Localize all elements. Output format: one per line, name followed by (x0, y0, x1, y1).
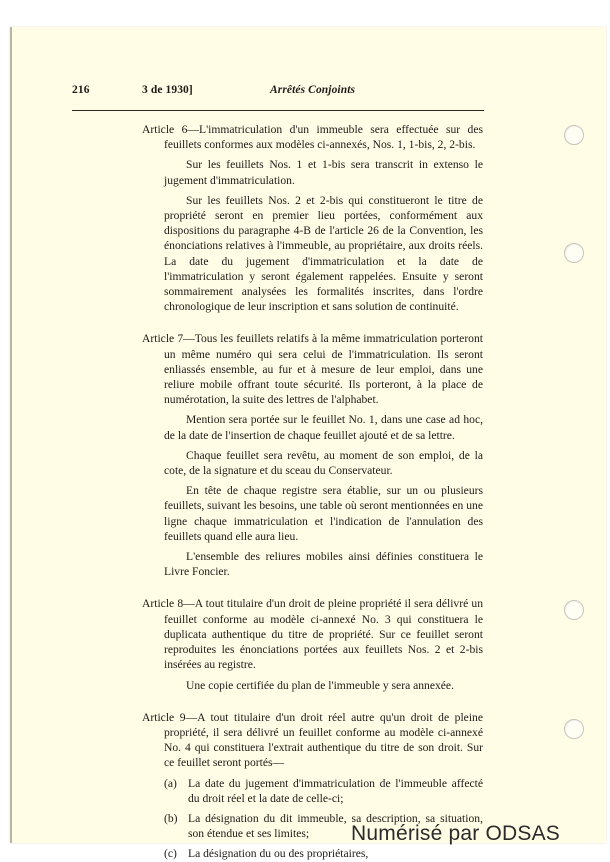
article-9-list: (a)La date du jugement d'immatriculation… (164, 776, 483, 862)
list-item: (c)La désignation du ou des propriétaire… (164, 846, 483, 861)
section-reference: 3 de 1930] (142, 84, 193, 96)
punch-hole-4 (564, 719, 584, 739)
article-7-paragraph: Mention sera portée sur le feuillet No. … (164, 412, 483, 442)
punch-hole-1 (564, 125, 584, 145)
article-8-heading: Article 8— (142, 597, 195, 610)
document-body: Article 6—L'immatriculation d'un immeubl… (142, 122, 483, 862)
list-marker: (a) (164, 776, 177, 791)
punch-hole-2 (564, 243, 584, 263)
list-item: (a)La date du jugement d'immatriculation… (164, 776, 483, 806)
digitization-watermark: Numérisé par ODSAS (351, 822, 560, 846)
list-marker: (b) (164, 811, 178, 826)
article-6-heading: Article 6— (142, 123, 199, 136)
article-9-first-paragraph: Article 9—A tout titulaire d'un droit ré… (142, 710, 483, 771)
article-7-paragraph: L'ensemble des reliures mobiles ainsi dé… (164, 549, 483, 579)
header-rule (72, 110, 484, 111)
article-8-paragraph: Une copie certifiée du plan de l'immeubl… (164, 678, 483, 693)
article-9-heading: Article 9— (142, 711, 197, 724)
running-title: Arrêtés Conjoints (270, 84, 355, 96)
page-number: 216 (72, 84, 90, 96)
article-8: Article 8—A tout titulaire d'un droit de… (142, 596, 483, 692)
article-6-paragraph: Sur les feuillets Nos. 1 et 1-bis sera t… (164, 157, 483, 187)
article-7-first-paragraph: Article 7—Tous les feuillets relatifs à … (142, 331, 483, 407)
article-7-paragraph: Chaque feuillet sera revêtu, au moment d… (164, 448, 483, 478)
punch-hole-3 (564, 600, 584, 620)
article-6: Article 6—L'immatriculation d'un immeubl… (142, 122, 483, 314)
article-8-first-paragraph: Article 8—A tout titulaire d'un droit de… (142, 596, 483, 672)
article-7-paragraph: En tête de chaque registre sera établie,… (164, 483, 483, 544)
article-7: Article 7—Tous les feuillets relatifs à … (142, 331, 483, 579)
article-6-paragraph: Sur les feuillets Nos. 2 et 2-bis qui co… (164, 193, 483, 315)
article-7-heading: Article 7— (142, 332, 195, 345)
article-6-first-paragraph: Article 6—L'immatriculation d'un immeubl… (142, 122, 483, 152)
list-marker: (c) (164, 846, 177, 861)
